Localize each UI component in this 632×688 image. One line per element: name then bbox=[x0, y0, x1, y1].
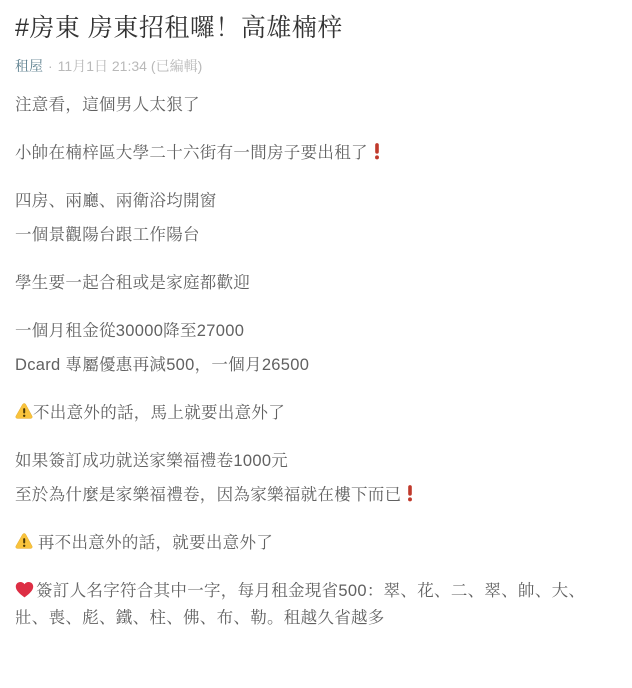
paragraph-layout: 四房、兩廳、兩衛浴均開窗 一個景觀陽台跟工作陽台 bbox=[15, 188, 616, 249]
post-line-text: 不出意外的話，馬上就要出意外了 bbox=[33, 404, 285, 422]
post-line: 一個月租金從30000降至27000 bbox=[15, 318, 616, 345]
post-line: 學生要一起合租或是家庭都歡迎 bbox=[15, 270, 616, 297]
post-line-text: 如果簽訂成功就送家樂福禮卷1000元 bbox=[15, 452, 288, 470]
paragraph-house-intro: 小帥在楠梓區大學二十六街有一間房子要出租了 bbox=[15, 140, 616, 167]
post-line: 簽訂人名字符合其中一字，每月租金現省500：翠、花、二、翠、帥、大、壯、喪、彪、… bbox=[15, 578, 616, 632]
meta-separator: · bbox=[48, 58, 53, 74]
paragraph-warning-1: 不出意外的話，馬上就要出意外了 bbox=[15, 400, 616, 427]
paragraph-price: 一個月租金從30000降至27000 Dcard 專屬優惠再減500，一個月26… bbox=[15, 318, 616, 379]
red-heart-icon bbox=[15, 580, 34, 599]
post-page: #房東 房東招租囉！高雄楠梓 租屋·11月1日 21:34(已編輯) 注意看，這… bbox=[0, 0, 632, 688]
post-timestamp: 11月1日 21:34 bbox=[58, 58, 147, 74]
post-line: 不出意外的話，馬上就要出意外了 bbox=[15, 400, 616, 427]
category-link[interactable]: 租屋 bbox=[15, 58, 43, 74]
post-line-text: Dcard 專屬優惠再減500，一個月26500 bbox=[15, 356, 309, 374]
post-line: 注意看，這個男人太狠了 bbox=[15, 92, 616, 119]
post-line-text: 一個景觀陽台跟工作陽台 bbox=[15, 226, 200, 244]
post-line: 小帥在楠梓區大學二十六街有一間房子要出租了 bbox=[15, 140, 616, 167]
post-line: 四房、兩廳、兩衛浴均開窗 bbox=[15, 188, 616, 215]
paragraph-names-discount: 簽訂人名字符合其中一字，每月租金現省500：翠、花、二、翠、帥、大、壯、喪、彪、… bbox=[15, 578, 616, 632]
post-line-text: 再不出意外的話，就要出意外了 bbox=[33, 534, 273, 552]
post-line: Dcard 專屬優惠再減500，一個月26500 bbox=[15, 352, 616, 379]
post-line: 至於為什麼是家樂福禮卷，因為家樂福就在樓下而已 bbox=[15, 482, 616, 509]
post-title: #房東 房東招租囉！高雄楠梓 bbox=[15, 12, 616, 45]
post-meta: 租屋·11月1日 21:34(已編輯) bbox=[15, 58, 616, 75]
paragraph-gift: 如果簽訂成功就送家樂福禮卷1000元 至於為什麼是家樂福禮卷，因為家樂福就在樓下… bbox=[15, 448, 616, 509]
warning-icon bbox=[15, 532, 33, 550]
post-line-text: 至於為什麼是家樂福禮卷，因為家樂福就在樓下而已 bbox=[15, 486, 401, 504]
post-line-text: 注意看，這個男人太狠了 bbox=[15, 96, 200, 114]
warning-icon bbox=[15, 402, 33, 420]
post-body: 注意看，這個男人太狠了 小帥在楠梓區大學二十六街有一間房子要出租了 四房、兩廳、… bbox=[15, 92, 616, 632]
red-exclamation-icon bbox=[368, 142, 386, 160]
post-line-text: 簽訂人名字符合其中一字，每月租金現省500：翠、花、二、翠、帥、大、壯、喪、彪、… bbox=[15, 582, 585, 627]
post-line: 一個景觀陽台跟工作陽台 bbox=[15, 222, 616, 249]
post-line-text: 學生要一起合租或是家庭都歡迎 bbox=[15, 274, 250, 292]
paragraph-welcome: 學生要一起合租或是家庭都歡迎 bbox=[15, 270, 616, 297]
post-line-text: 小帥在楠梓區大學二十六街有一間房子要出租了 bbox=[15, 144, 368, 162]
post-line: 再不出意外的話，就要出意外了 bbox=[15, 530, 616, 557]
paragraph-warning-2: 再不出意外的話，就要出意外了 bbox=[15, 530, 616, 557]
post-line-text: 四房、兩廳、兩衛浴均開窗 bbox=[15, 192, 217, 210]
paragraph-attention: 注意看，這個男人太狠了 bbox=[15, 92, 616, 119]
post-line: 如果簽訂成功就送家樂福禮卷1000元 bbox=[15, 448, 616, 475]
red-exclamation-icon bbox=[401, 484, 419, 502]
post-line-text: 一個月租金從30000降至27000 bbox=[15, 322, 244, 340]
edited-badge: (已編輯) bbox=[151, 58, 202, 74]
